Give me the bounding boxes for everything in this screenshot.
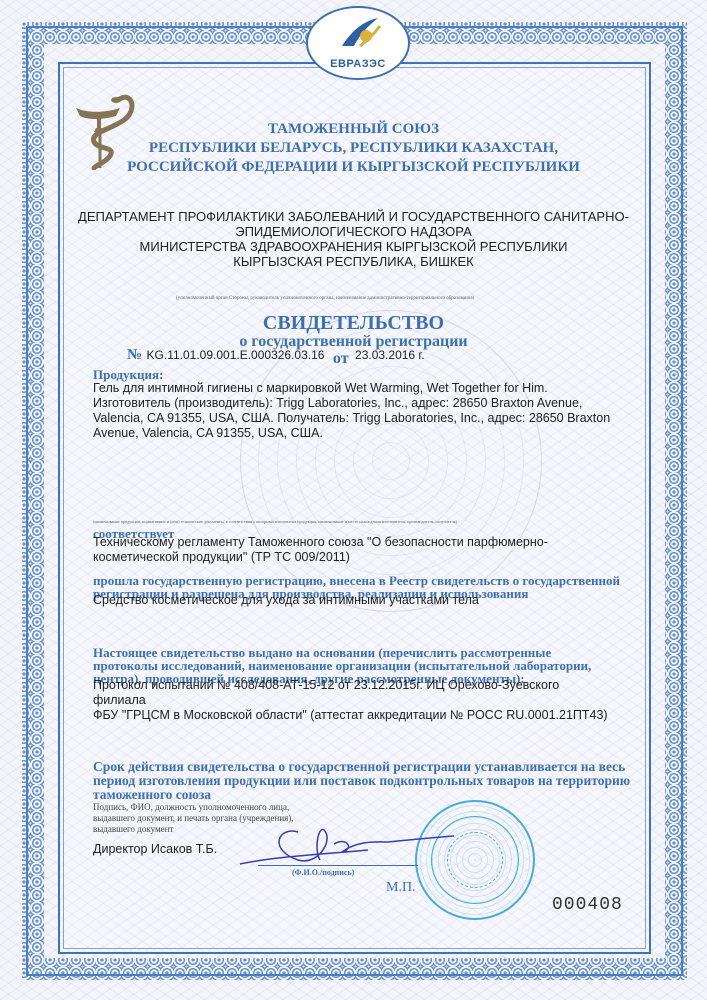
fio-caption: (Ф.И.О./подпись) — [292, 868, 354, 877]
union-line-2: РЕСПУБЛИКИ БЕЛАРУСЬ, РЕСПУБЛИКИ КАЗАХСТА… — [60, 139, 647, 158]
product-note: (наименование продукции, нормативные и (… — [93, 519, 457, 524]
product-label: Продукция: — [93, 368, 163, 382]
seal-place-label: М.П. — [386, 880, 416, 896]
certificate-title: СВИДЕТЕЛЬСТВО — [60, 312, 647, 334]
basis-line-2: ФБУ "ГРЦСМ в Московской области" (аттест… — [93, 708, 613, 723]
conformity-line-1: Техническому регламенту Таможенного союз… — [93, 535, 613, 550]
basis-line-1: Протокол испытаний № 408/408-АТ-15-12 от… — [93, 678, 613, 708]
product-line-1: Гель для интимной гигиены с маркировкой … — [93, 381, 613, 396]
serial-number: 000408 — [552, 895, 623, 915]
authority-note: (уполномоченный орган Стороны, руководит… — [176, 296, 474, 301]
number-label: № — [127, 347, 142, 363]
product-description: Гель для интимной гигиены с маркировкой … — [93, 381, 613, 441]
date-label: от — [333, 350, 349, 367]
conformity-line-2: косметической продукции" (ТР ТС 009/2011… — [93, 550, 613, 565]
department-line-1: ДЕПАРТАМЕНТ ПРОФИЛАКТИКИ ЗАБОЛЕВАНИЙ И Г… — [60, 209, 647, 224]
department-line-2: ЭПИДЕМИОЛОГИЧЕСКОГО НАДЗОРА — [60, 224, 647, 239]
eurasec-logo: ЕВРАЗЭС — [306, 6, 410, 80]
product-line-2: Изготовитель (производитель): Trigg Labo… — [93, 396, 613, 411]
registration-purpose: Средство косметическое для ухода за инти… — [93, 593, 613, 608]
department-line-3: МИНИСТЕРСТВА ЗДРАВООХРАНЕНИЯ КЫРГЫЗСКОЙ … — [60, 239, 647, 254]
registration-date: 23.03.2016 г. — [355, 348, 425, 362]
department-line-4: КЫРГЫЗСКАЯ РЕСПУБЛИКА, БИШКЕК — [60, 254, 647, 269]
registration-number: KG.11.01.09.001.Е.000326.03.16 — [147, 348, 325, 362]
validity-line-1: Срок действия свидетельства о государств… — [93, 760, 630, 774]
union-line-1: ТАМОЖЕННЫЙ СОЮЗ — [60, 120, 647, 139]
conformity-value: Техническому регламенту Таможенного союз… — [93, 535, 613, 565]
validity-statement: Срок действия свидетельства о государств… — [93, 760, 630, 802]
registration-number-line: № KG.11.01.09.001.Е.000326.03.16 от 23.0… — [127, 346, 425, 364]
logo-text: ЕВРАЗЭС — [308, 58, 408, 70]
union-line-3: РОССИЙСКОЙ ФЕДЕРАЦИИ И КЫРГЫЗСКОЙ РЕСПУБ… — [60, 158, 647, 177]
signer-name: Директор Исаков Т.Б. — [93, 842, 217, 856]
signature-caption-line-1: Подпись, ФИО, должность уполномоченного … — [93, 802, 294, 813]
validity-line-2: период изготовления продукции или постав… — [93, 774, 630, 788]
signature-line — [258, 865, 418, 866]
product-line-3: Valencia, CA 91355, USA, США. Получатель… — [93, 411, 613, 426]
eurasec-swoosh-icon — [338, 16, 382, 50]
handwritten-signature — [238, 820, 458, 870]
issuing-department: ДЕПАРТАМЕНТ ПРОФИЛАКТИКИ ЗАБОЛЕВАНИЙ И Г… — [60, 209, 647, 269]
customs-union-heading: ТАМОЖЕННЫЙ СОЮЗ РЕСПУБЛИКИ БЕЛАРУСЬ, РЕС… — [60, 120, 647, 177]
validity-line-3: таможенного союза — [93, 788, 630, 802]
basis-documents: Протокол испытаний № 408/408-АТ-15-12 от… — [93, 678, 613, 723]
product-line-4: Avenue, Valencia, CA 91355, USA, США. — [93, 426, 613, 441]
